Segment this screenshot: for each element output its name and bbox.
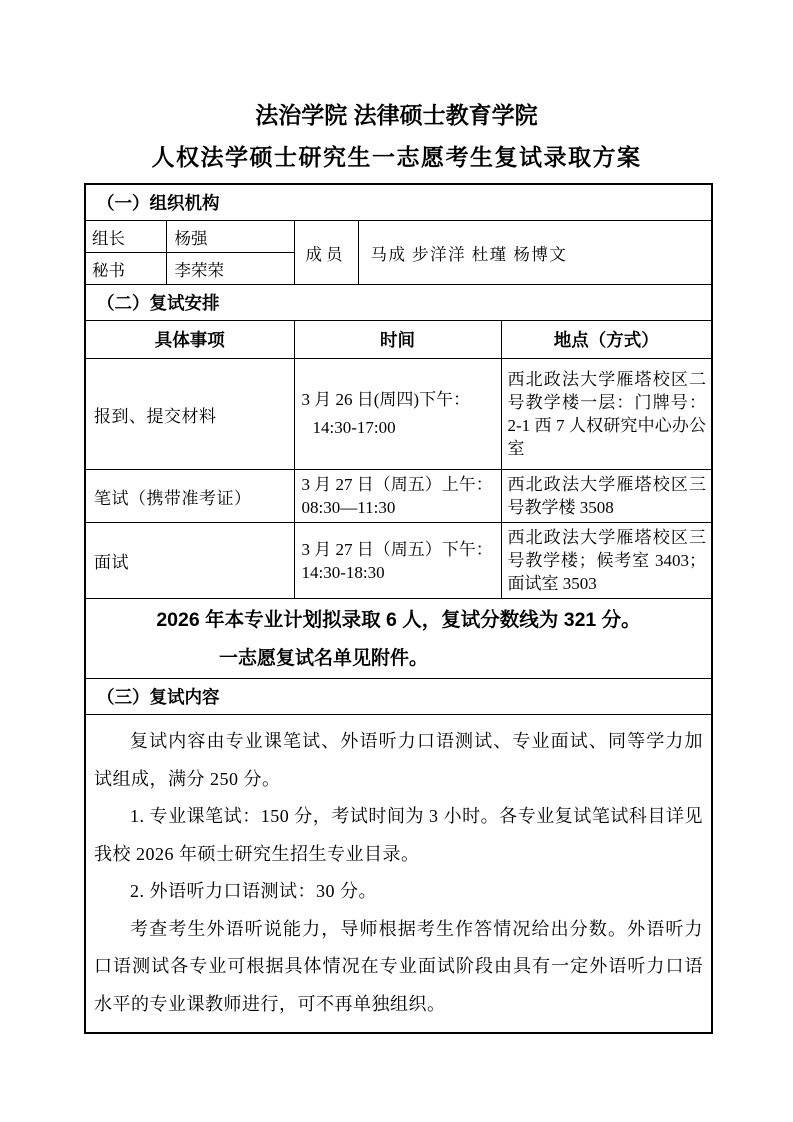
org-leader-name: 杨强 xyxy=(166,221,294,253)
section-heading-content: （三）复试内容 xyxy=(85,679,712,715)
content-cell: 复试内容由专业课笔试、外语听力口语测试、专业面试、同等学力加试组成，满分 250… xyxy=(85,715,712,1034)
content-paragraph-written-exam: 1. 专业课笔试：150 分，考试时间为 3 小时。各专业复试笔试科目详见我校 … xyxy=(94,798,703,873)
section-row-schedule: （二）复试安排 xyxy=(85,285,712,321)
org-members-names: 马成 步洋洋 杜瑾 杨博文 xyxy=(358,221,712,285)
interview-location: 西北政法大学雁塔校区三号教学楼；候考室 3403；面试室 3503 xyxy=(501,523,712,599)
content-paragraph-listening-detail: 考查考生外语听说能力，导师根据考生作答情况给出分数。外语听力口语测试各专业可根据… xyxy=(94,911,703,1024)
admission-notes-row: 2026 年本专业计划拟录取 6 人，复试分数线为 321 分。 一志愿复试名单… xyxy=(85,599,712,679)
content-paragraph-listening-test: 2. 外语听力口语测试：30 分。 xyxy=(94,873,703,911)
checkin-time-range: 14:30-17:00 xyxy=(313,414,500,442)
schedule-header-time: 时间 xyxy=(294,321,501,359)
schedule-row-written-exam: 笔试（携带准考证） 3 月 27 日（周五）上午： 08:30—11:30 西北… xyxy=(85,470,712,523)
shortlist-attachment-note: 一志愿复试名单见附件。 xyxy=(87,640,560,677)
page-title: 法治学院 法律硕士教育学院 xyxy=(0,0,793,129)
schedule-row-interview: 面试 3 月 27 日（周五）下午： 14:30-18:30 西北政法大学雁塔校… xyxy=(85,523,712,599)
written-exam-location: 西北政法大学雁塔校区三号教学楼 3508 xyxy=(501,470,712,523)
interview-item: 面试 xyxy=(85,523,294,599)
checkin-location: 西北政法大学雁塔校区二号教学楼一层：门牌号：2-1 西 7 人权研究中心办公室 xyxy=(501,359,712,470)
written-exam-item: 笔试（携带准考证） xyxy=(85,470,294,523)
schedule-row-checkin: 报到、提交材料 3 月 26 日(周四)下午： 14:30-17:00 西北政法… xyxy=(85,359,712,470)
org-secretary-label: 秘书 xyxy=(85,253,166,285)
org-row-leader: 组长 杨强 成员 马成 步洋洋 杜瑾 杨博文 xyxy=(85,221,712,253)
schedule-header-item: 具体事项 xyxy=(85,321,294,359)
interview-time-date: 3 月 27 日（周五）下午： xyxy=(302,538,500,561)
checkin-time: 3 月 26 日(周四)下午： 14:30-17:00 xyxy=(294,359,501,470)
checkin-item: 报到、提交材料 xyxy=(85,359,294,470)
org-leader-label: 组长 xyxy=(85,221,166,253)
interview-time: 3 月 27 日（周五）下午： 14:30-18:30 xyxy=(294,523,501,599)
admission-notes-cell: 2026 年本专业计划拟录取 6 人，复试分数线为 321 分。 一志愿复试名单… xyxy=(85,599,712,679)
section-heading-organization: （一）组织机构 xyxy=(85,184,712,221)
section-row-organization: （一）组织机构 xyxy=(85,184,712,221)
org-members-label: 成员 xyxy=(294,221,358,285)
schedule-header-location: 地点（方式） xyxy=(501,321,712,359)
section-heading-schedule: （二）复试安排 xyxy=(85,285,712,321)
checkin-time-date: 3 月 26 日(周四)下午： xyxy=(302,386,500,414)
content-row: 复试内容由专业课笔试、外语听力口语测试、专业面试、同等学力加试组成，满分 250… xyxy=(85,715,712,1034)
written-exam-time: 3 月 27 日（周五）上午： 08:30—11:30 xyxy=(294,470,501,523)
page-subtitle: 人权法学硕士研究生一志愿考生复试录取方案 xyxy=(0,144,793,171)
admission-quota-note: 2026 年本专业计划拟录取 6 人，复试分数线为 321 分。 xyxy=(87,600,710,640)
interview-time-range: 14:30-18:30 xyxy=(302,561,500,584)
document-page: 法治学院 法律硕士教育学院 人权法学硕士研究生一志愿考生复试录取方案 （一）组织… xyxy=(0,0,793,1122)
content-paragraph-overview: 复试内容由专业课笔试、外语听力口语测试、专业面试、同等学力加试组成，满分 250… xyxy=(94,723,703,798)
written-exam-time-range: 08:30—11:30 xyxy=(302,496,500,519)
org-secretary-name: 李荣荣 xyxy=(166,253,294,285)
section-row-content: （三）复试内容 xyxy=(85,679,712,715)
admission-plan-table: （一）组织机构 组长 杨强 成员 马成 步洋洋 杜瑾 杨博文 秘书 李荣荣 （二… xyxy=(84,183,713,1034)
schedule-header-row: 具体事项 时间 地点（方式） xyxy=(85,321,712,359)
written-exam-time-date: 3 月 27 日（周五）上午： xyxy=(302,473,500,496)
